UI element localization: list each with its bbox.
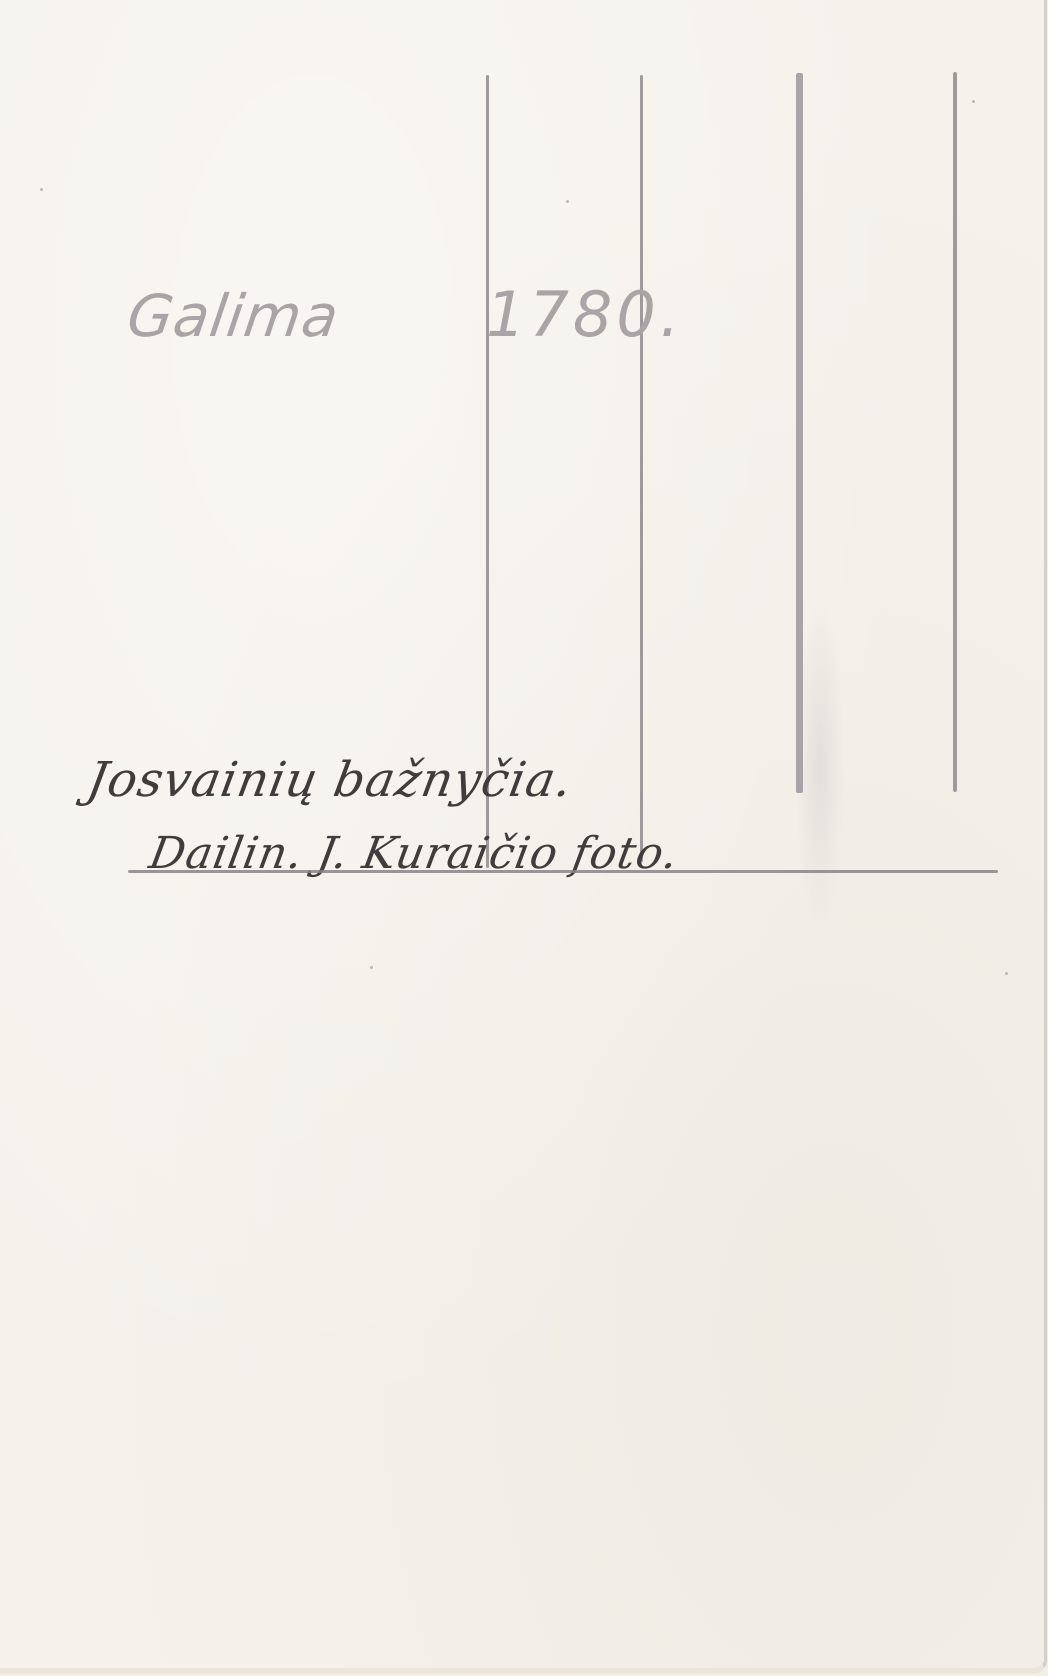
ruled-column-line-3: [796, 73, 803, 793]
caption-title: Josvainių bažnyčia.: [83, 752, 577, 808]
photo-card-back: Galima 1780. Josvainių bažnyčia. Dailin.…: [0, 0, 1047, 1674]
paper-speck: [1005, 972, 1008, 975]
pencil-label-text: Galima: [123, 282, 343, 350]
paper-speck: [370, 966, 373, 969]
paper-speck: [40, 188, 43, 191]
ruled-column-line-1: [486, 75, 489, 868]
pencil-catalog-number: 1780.: [486, 278, 684, 351]
ruled-column-line-2: [640, 75, 643, 862]
caption-underline: [128, 870, 998, 873]
paper-speck: [972, 100, 975, 103]
paper-speck: [566, 200, 569, 203]
ruled-column-line-4: [953, 72, 957, 792]
